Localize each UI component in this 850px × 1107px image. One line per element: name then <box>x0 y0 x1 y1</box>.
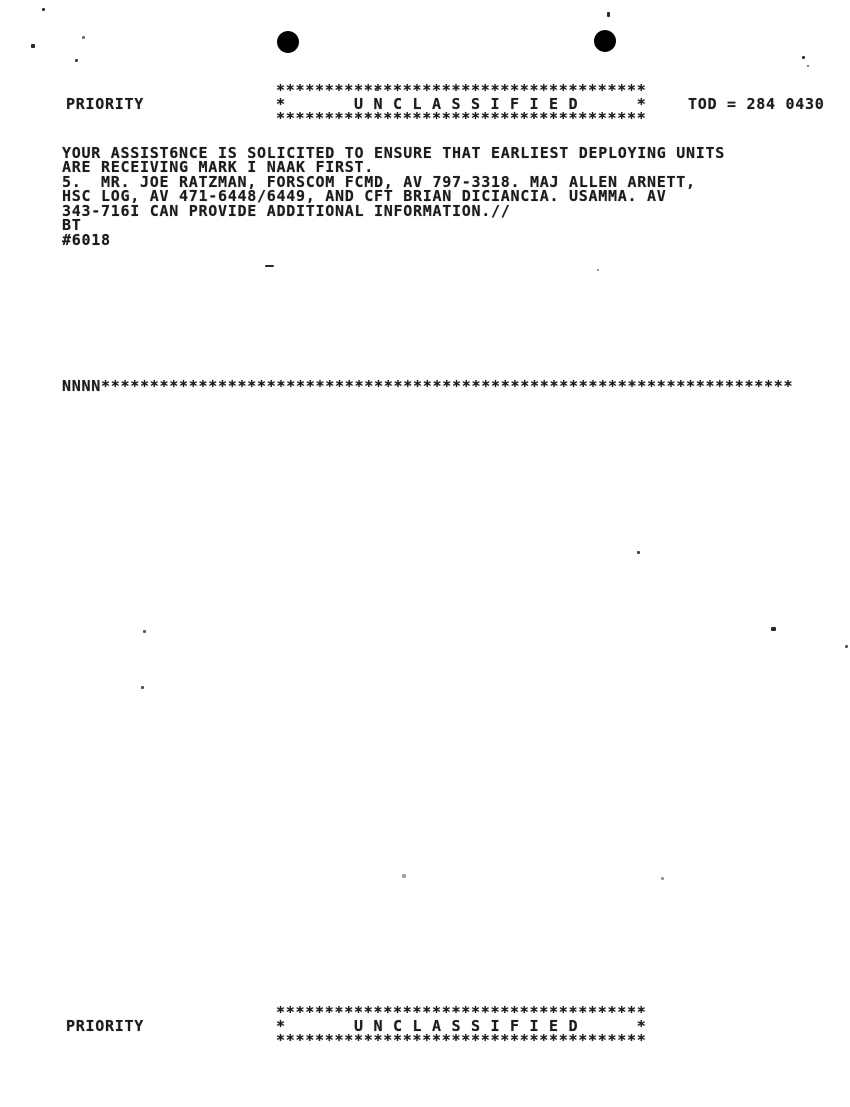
scan-speck <box>402 874 406 878</box>
scan-speck <box>375 89 377 91</box>
nnnn-separator: NNNN************************************… <box>62 379 793 393</box>
hole-punch <box>277 31 299 53</box>
banner-bottom-row: ************************************** <box>276 1033 647 1047</box>
scan-speck <box>143 630 146 633</box>
scanned-message-page: PRIORITY *******************************… <box>0 0 850 1107</box>
scan-speck <box>845 645 848 648</box>
scan-speck <box>597 269 599 271</box>
priority-label-top: PRIORITY <box>66 97 144 111</box>
scan-speck <box>82 36 85 39</box>
message-body-line: BT <box>62 218 82 232</box>
scan-speck <box>637 551 640 554</box>
scan-speck <box>802 56 805 59</box>
scan-speck <box>771 627 776 631</box>
priority-label-bottom: PRIORITY <box>66 1019 144 1033</box>
message-body-line: 343-716I CAN PROVIDE ADDITIONAL INFORMAT… <box>62 204 511 218</box>
message-body-line: ARE RECEIVING MARK I NAAK FIRST. <box>62 160 374 174</box>
tod-stamp: TOD = 284 0430 <box>688 97 825 111</box>
message-body-line: HSC LOG, AV 471-6448/6449, AND CFT BRIAN… <box>62 189 667 203</box>
scan-speck <box>42 8 45 11</box>
scan-speck <box>31 44 35 48</box>
scan-speck <box>607 12 610 17</box>
banner-bottom-row: ************************************** <box>276 111 647 125</box>
message-body-line: #6018 <box>62 233 111 247</box>
scan-speck <box>807 65 809 67</box>
scan-speck <box>141 686 144 689</box>
hole-punch <box>594 30 616 52</box>
scan-speck <box>661 877 664 880</box>
scan-speck <box>75 59 78 62</box>
scan-speck <box>265 265 274 267</box>
